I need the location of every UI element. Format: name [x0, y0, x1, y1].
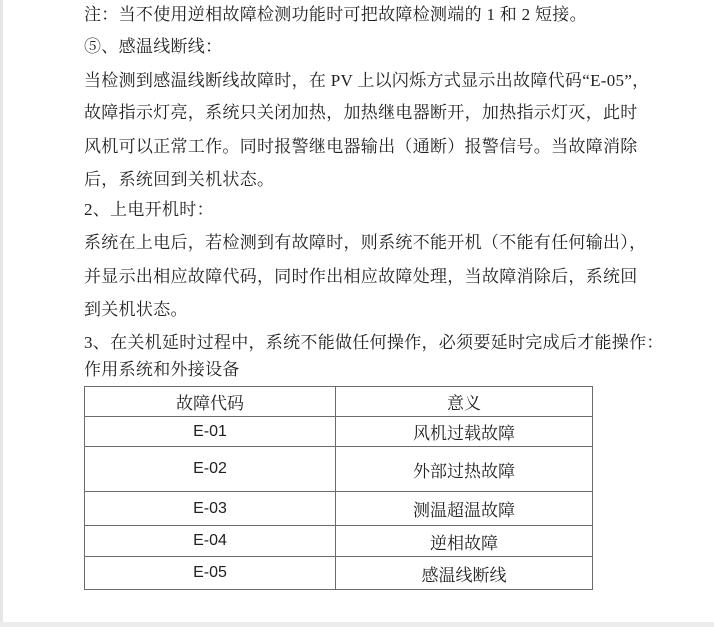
text-line-heading-5: ⑤、感温线断线：: [84, 32, 684, 62]
table-header-meaning: 意义: [336, 387, 593, 417]
document-page: 注：当不使用逆相故障检测功能时可把故障检测端的 1 和 2 短接。 ⑤、感温线断…: [0, 0, 714, 627]
text-line-heading-3: 3、在关机延时过程中，系统不能做任何操作，必须要延时完成后才能操作：: [84, 328, 684, 358]
text-line-para: 系统在上电后，若检测到有故障时，则系统不能开机（不能有任何输出），: [84, 228, 684, 258]
page-edge-left: [0, 0, 3, 627]
page-edge-bottom: [0, 622, 714, 627]
table-row: E-03 测温超温故障: [85, 492, 593, 526]
text-line-para: 到关机状态。: [84, 295, 684, 325]
table-header-row: 故障代码 意义: [85, 387, 593, 417]
text-line-para: 故障指示灯亮，系统只关闭加热，加热继电器断开，加热指示灯灭，此时: [84, 98, 684, 128]
fault-meaning-cell: 风机过载故障: [336, 417, 593, 447]
fault-code-cell: E-03: [85, 492, 336, 526]
table-row: E-02 外部过热故障: [85, 447, 593, 492]
text-line-para: 风机可以正常工作。同时报警继电器输出（通断）报警信号。当故障消除: [84, 132, 684, 162]
fault-code-cell: E-02: [85, 447, 336, 492]
fault-code-cell: E-04: [85, 526, 336, 557]
fault-meaning-cell: 感温线断线: [336, 557, 593, 590]
text-line-table-title: 作用系统和外接设备: [84, 355, 684, 385]
table-row: E-05 感温线断线: [85, 557, 593, 590]
table-header-code: 故障代码: [85, 387, 336, 417]
fault-code-cell: E-05: [85, 557, 336, 590]
table-row: E-04 逆相故障: [85, 526, 593, 557]
fault-meaning-cell: 逆相故障: [336, 526, 593, 557]
text-line-para: 后，系统回到关机状态。: [84, 165, 684, 195]
text-line-para: 当检测到感温线断线故障时，在 PV 上以闪烁方式显示出故障代码“E-05”，: [84, 66, 684, 96]
text-line-heading-2: 2、上电开机时：: [84, 195, 684, 225]
fault-code-cell: E-01: [85, 417, 336, 447]
text-line-para: 并显示出相应故障代码，同时作出相应故障处理，当故障消除后，系统回: [84, 262, 684, 292]
fault-meaning-cell: 外部过热故障: [336, 447, 593, 492]
fault-meaning-cell: 测温超温故障: [336, 492, 593, 526]
table-row: E-01 风机过载故障: [85, 417, 593, 447]
fault-code-table: 故障代码 意义 E-01 风机过载故障 E-02 外部过热故障 E-03 测温超…: [84, 386, 593, 590]
text-line-note: 注：当不使用逆相故障检测功能时可把故障检测端的 1 和 2 短接。: [84, 0, 684, 30]
